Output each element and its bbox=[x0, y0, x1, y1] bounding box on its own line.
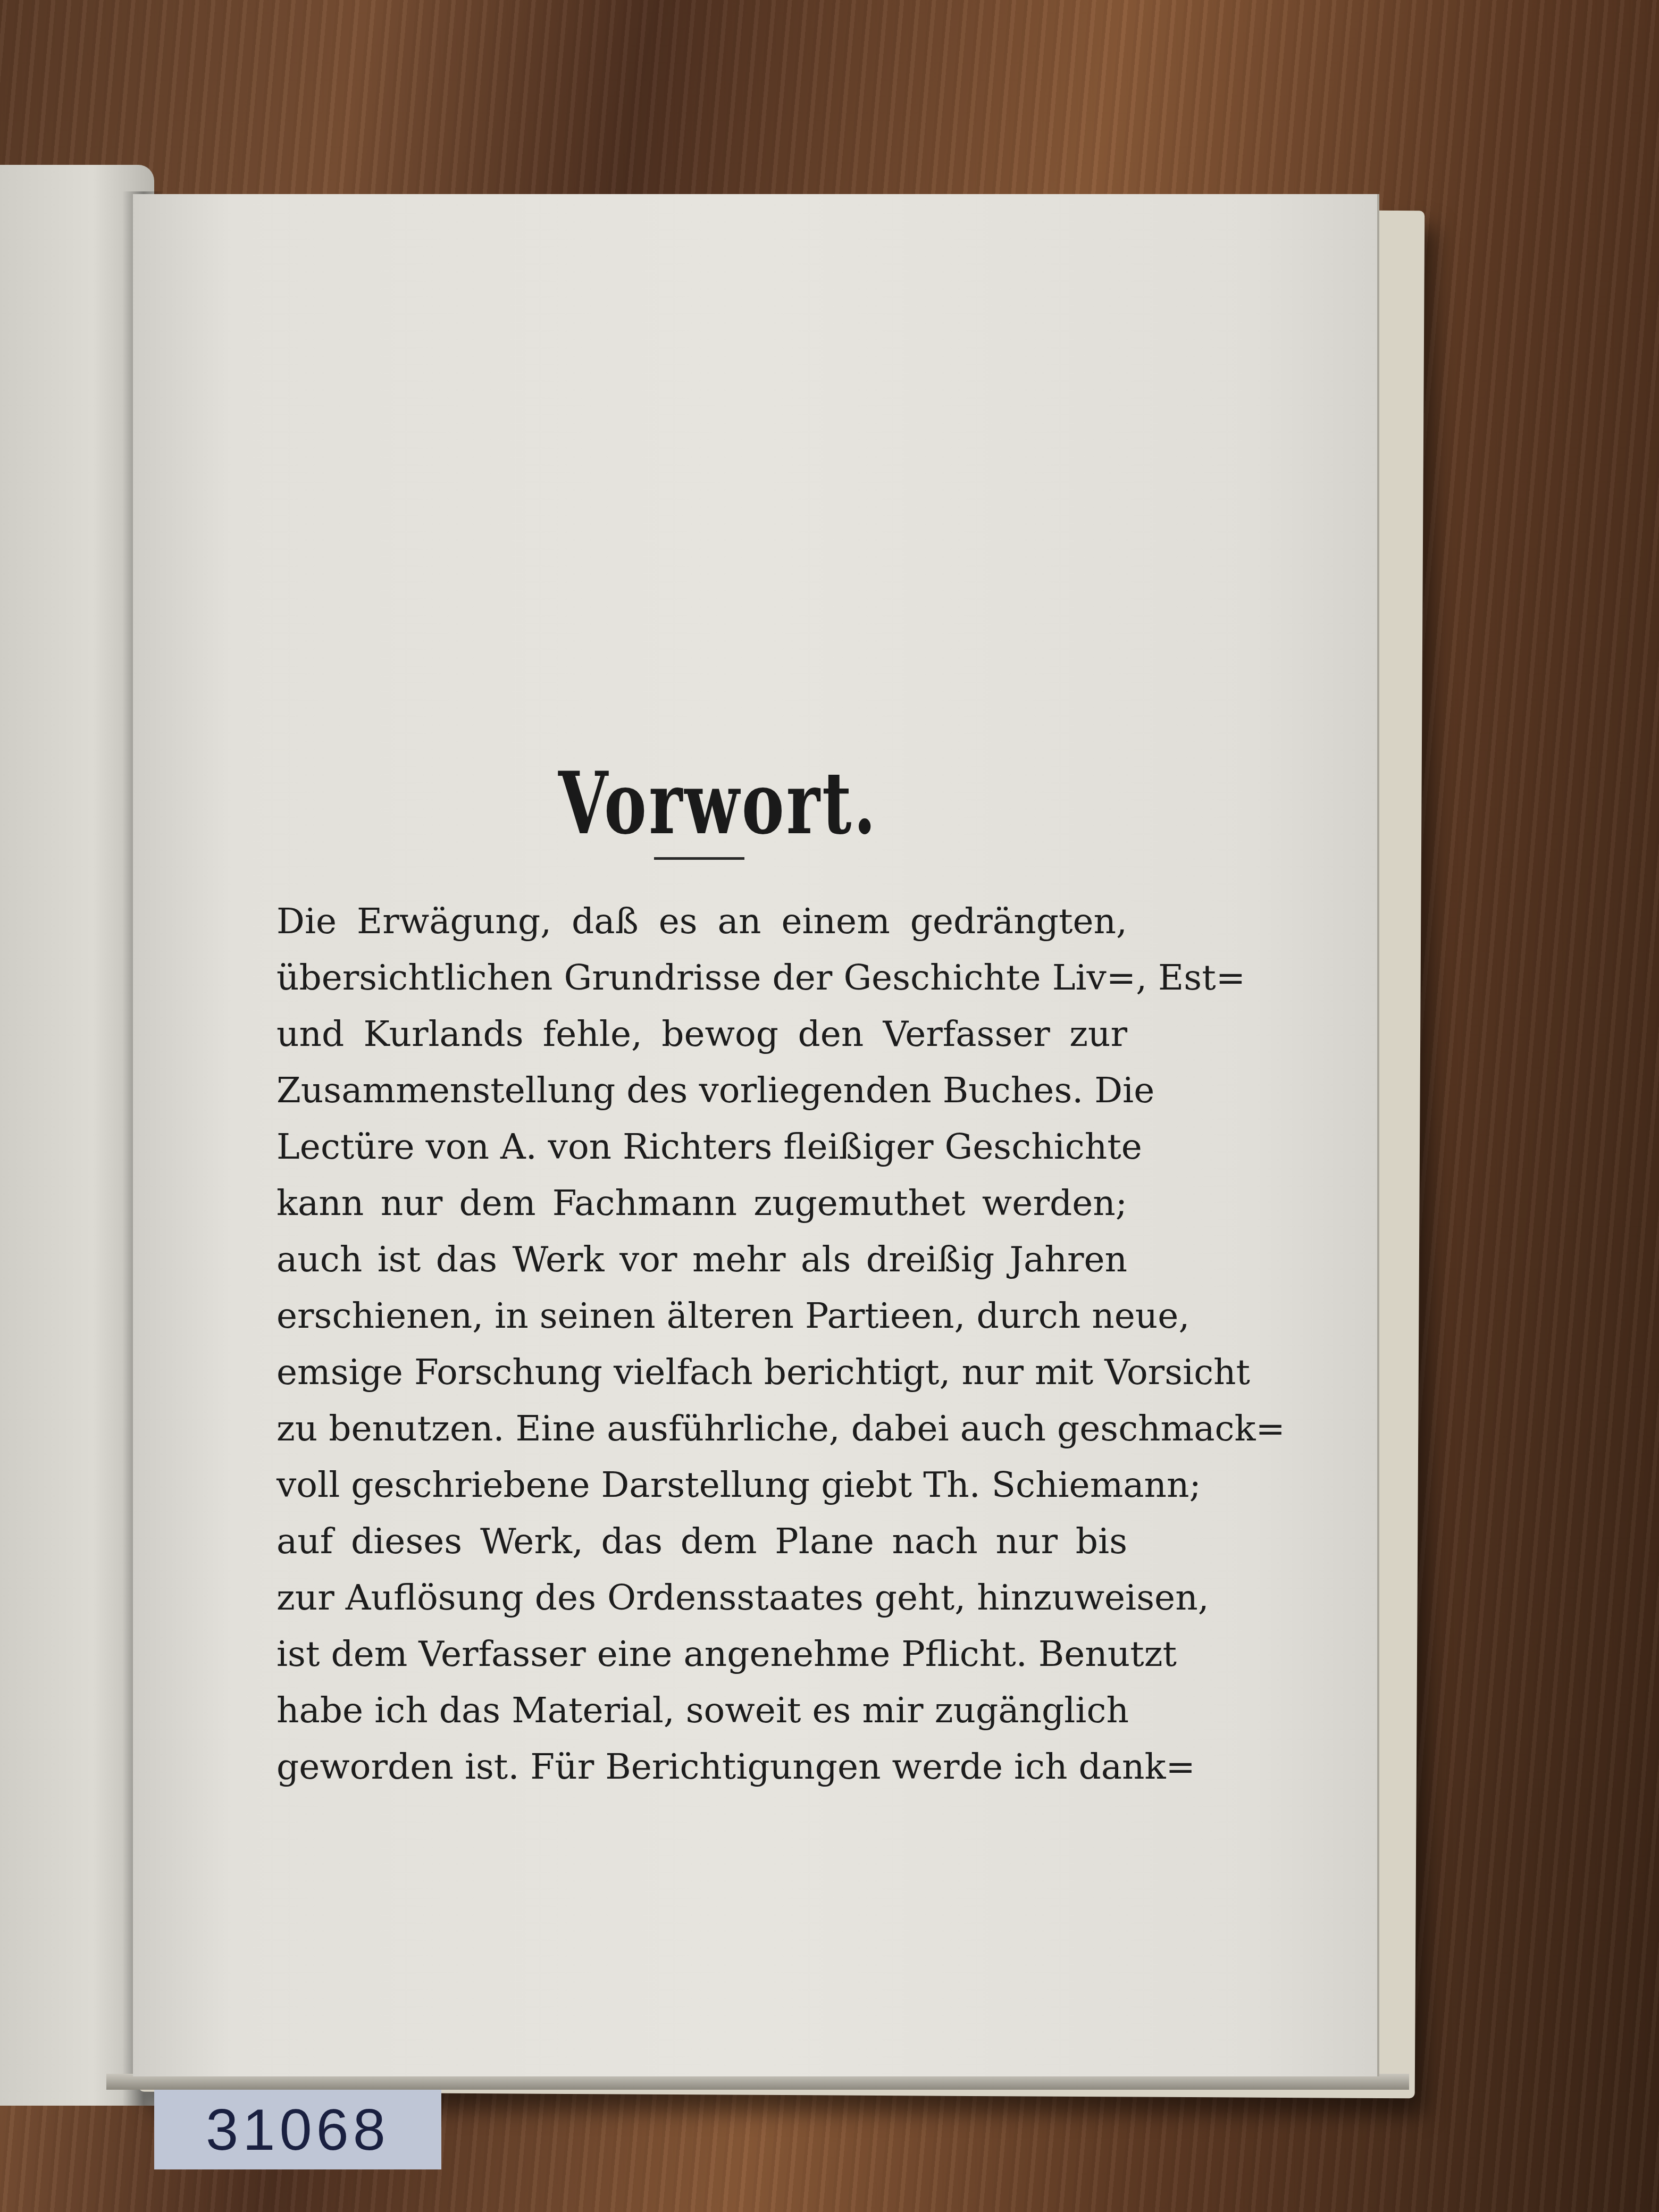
text-line: Die Erwägung, daß es an einem gedrängten… bbox=[276, 893, 1127, 950]
text-line: kann nur dem Fachmann zugemuthet werden; bbox=[276, 1175, 1127, 1231]
text-line: ist dem Verfasser eine angenehme Pflicht… bbox=[276, 1626, 1127, 1682]
text-line: übersichtlichen Grundrisse der Geschicht… bbox=[276, 950, 1127, 1006]
text-line: zu benutzen. Eine ausführliche, dabei au… bbox=[276, 1401, 1127, 1457]
text-line: habe ich das Material, soweit es mir zug… bbox=[276, 1682, 1127, 1739]
preface-paragraph: Die Erwägung, daß es an einem gedrängten… bbox=[276, 893, 1127, 1795]
page-title: Vorwort. bbox=[558, 752, 835, 853]
text-line: erschienen, in seinen älteren Partieen, … bbox=[276, 1288, 1127, 1344]
text-line: Zusammenstellung des vorliegenden Buches… bbox=[276, 1062, 1127, 1119]
inventory-number-label: 31068 bbox=[154, 2090, 441, 2169]
text-line: geworden ist. Für Berichtigungen werde i… bbox=[276, 1739, 1127, 1795]
text-line: und Kurlands fehle, bewog den Verfasser … bbox=[276, 1006, 1127, 1062]
text-line: voll geschriebene Darstellung giebt Th. … bbox=[276, 1457, 1127, 1513]
text-line: zur Auflösung des Ordensstaates geht, hi… bbox=[276, 1570, 1127, 1626]
text-line: auch ist das Werk vor mehr als dreißig J… bbox=[276, 1231, 1127, 1288]
title-rule-divider bbox=[654, 857, 744, 860]
text-line: emsige Forschung vielfach berichtigt, nu… bbox=[276, 1344, 1127, 1401]
text-line: auf dieses Werk, das dem Plane nach nur … bbox=[276, 1513, 1127, 1570]
text-line: Lectüre von A. von Richters fleißiger Ge… bbox=[276, 1119, 1127, 1175]
